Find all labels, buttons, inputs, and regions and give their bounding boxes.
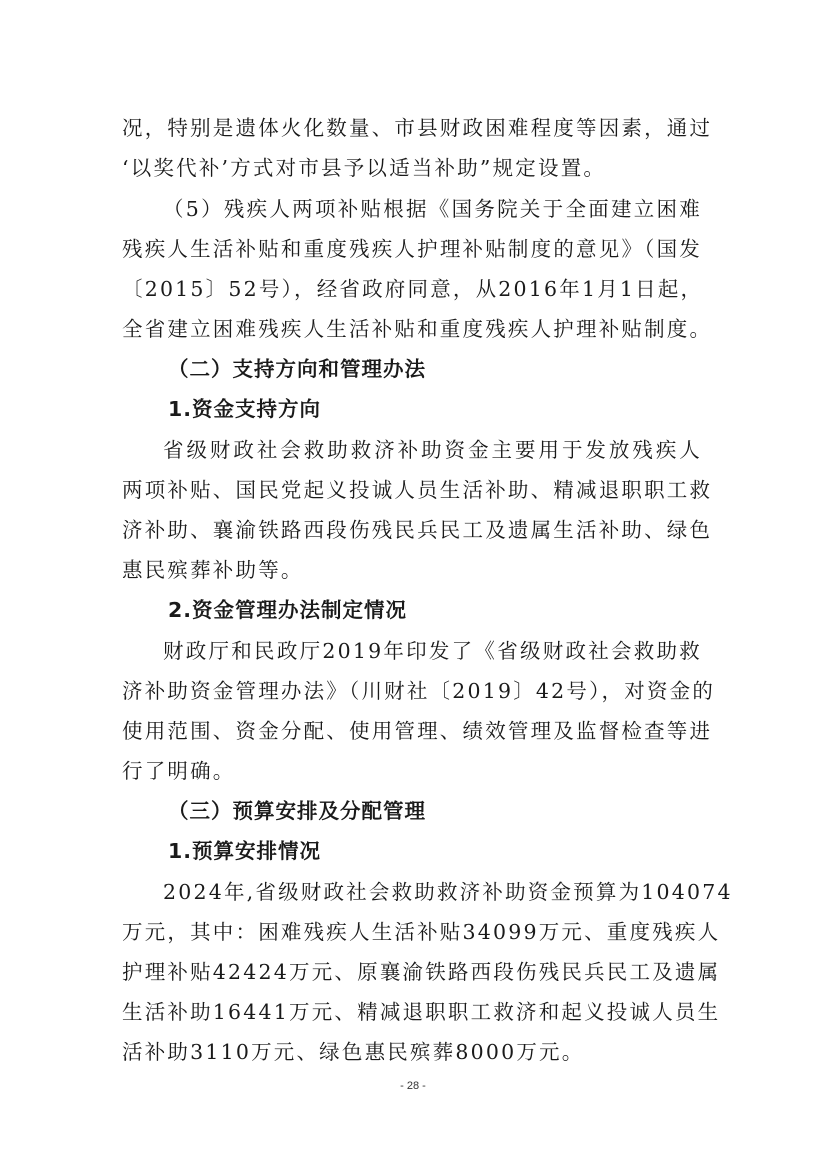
section-heading: 2.资金管理办法制定情况 — [168, 596, 407, 624]
paragraph-line: 惠民殡葬补助等。 — [122, 556, 702, 584]
paragraph-line: 省级财政社会救助救济补助资金主要用于发放残疾人 — [163, 436, 702, 464]
page-number: - 28 - — [0, 1080, 826, 1092]
paragraph-line: 济补助资金管理办法》（川财社〔2019〕42号），对资金的 — [122, 677, 702, 705]
paragraph-line: 行了明确。 — [122, 757, 702, 785]
paragraph-line: 活补助3110万元、绿色惠民殡葬8000万元。 — [122, 1038, 702, 1066]
paragraph-line: 〔2015〕52号），经省政府同意，从2016年1月1日起， — [122, 275, 702, 303]
paragraph-line: 残疾人生活补贴和重度残疾人护理补贴制度的意见》（国发 — [122, 235, 702, 263]
section-heading: （三）预算安排及分配管理 — [168, 797, 426, 825]
paragraph-line: 2024年,省级财政社会救助救济补助资金预算为104074 — [163, 878, 702, 906]
paragraph-line: 济补助、襄渝铁路西段伤残民兵民工及遗属生活补助、绿色 — [122, 516, 702, 544]
paragraph-line: 财政厅和民政厅2019年印发了《省级财政社会救助救 — [163, 637, 702, 665]
paragraph-line: 护理补贴42424万元、原襄渝铁路西段伤残民兵民工及遗属 — [122, 958, 702, 986]
paragraph-line: 万元，其中：困难残疾人生活补贴34099万元、重度残疾人 — [122, 918, 702, 946]
paragraph-line: （5）残疾人两项补贴根据《国务院关于全面建立困难 — [163, 195, 702, 223]
paragraph-line: 况，特别是遗体火化数量、市县财政困难程度等因素，通过 — [122, 114, 702, 142]
paragraph-line: 使用范围、资金分配、使用管理、绩效管理及监督检查等进 — [122, 717, 702, 745]
section-heading: （二）支持方向和管理办法 — [168, 355, 426, 383]
paragraph-line: 生活补助16441万元、精减退职职工救济和起义投诚人员生 — [122, 998, 702, 1026]
paragraph-line: 全省建立困难残疾人生活补贴和重度残疾人护理补贴制度。 — [122, 315, 702, 343]
section-heading: 1.预算安排情况 — [168, 837, 321, 865]
document-page: 况，特别是遗体火化数量、市县财政困难程度等因素，通过‘以奖代补’方式对市县予以适… — [0, 0, 826, 1169]
paragraph-line: ‘以奖代补’方式对市县予以适当补助”规定设置。 — [122, 154, 702, 182]
section-heading: 1.资金支持方向 — [168, 395, 321, 423]
paragraph-line: 两项补贴、国民党起义投诚人员生活补助、精减退职职工救 — [122, 476, 702, 504]
